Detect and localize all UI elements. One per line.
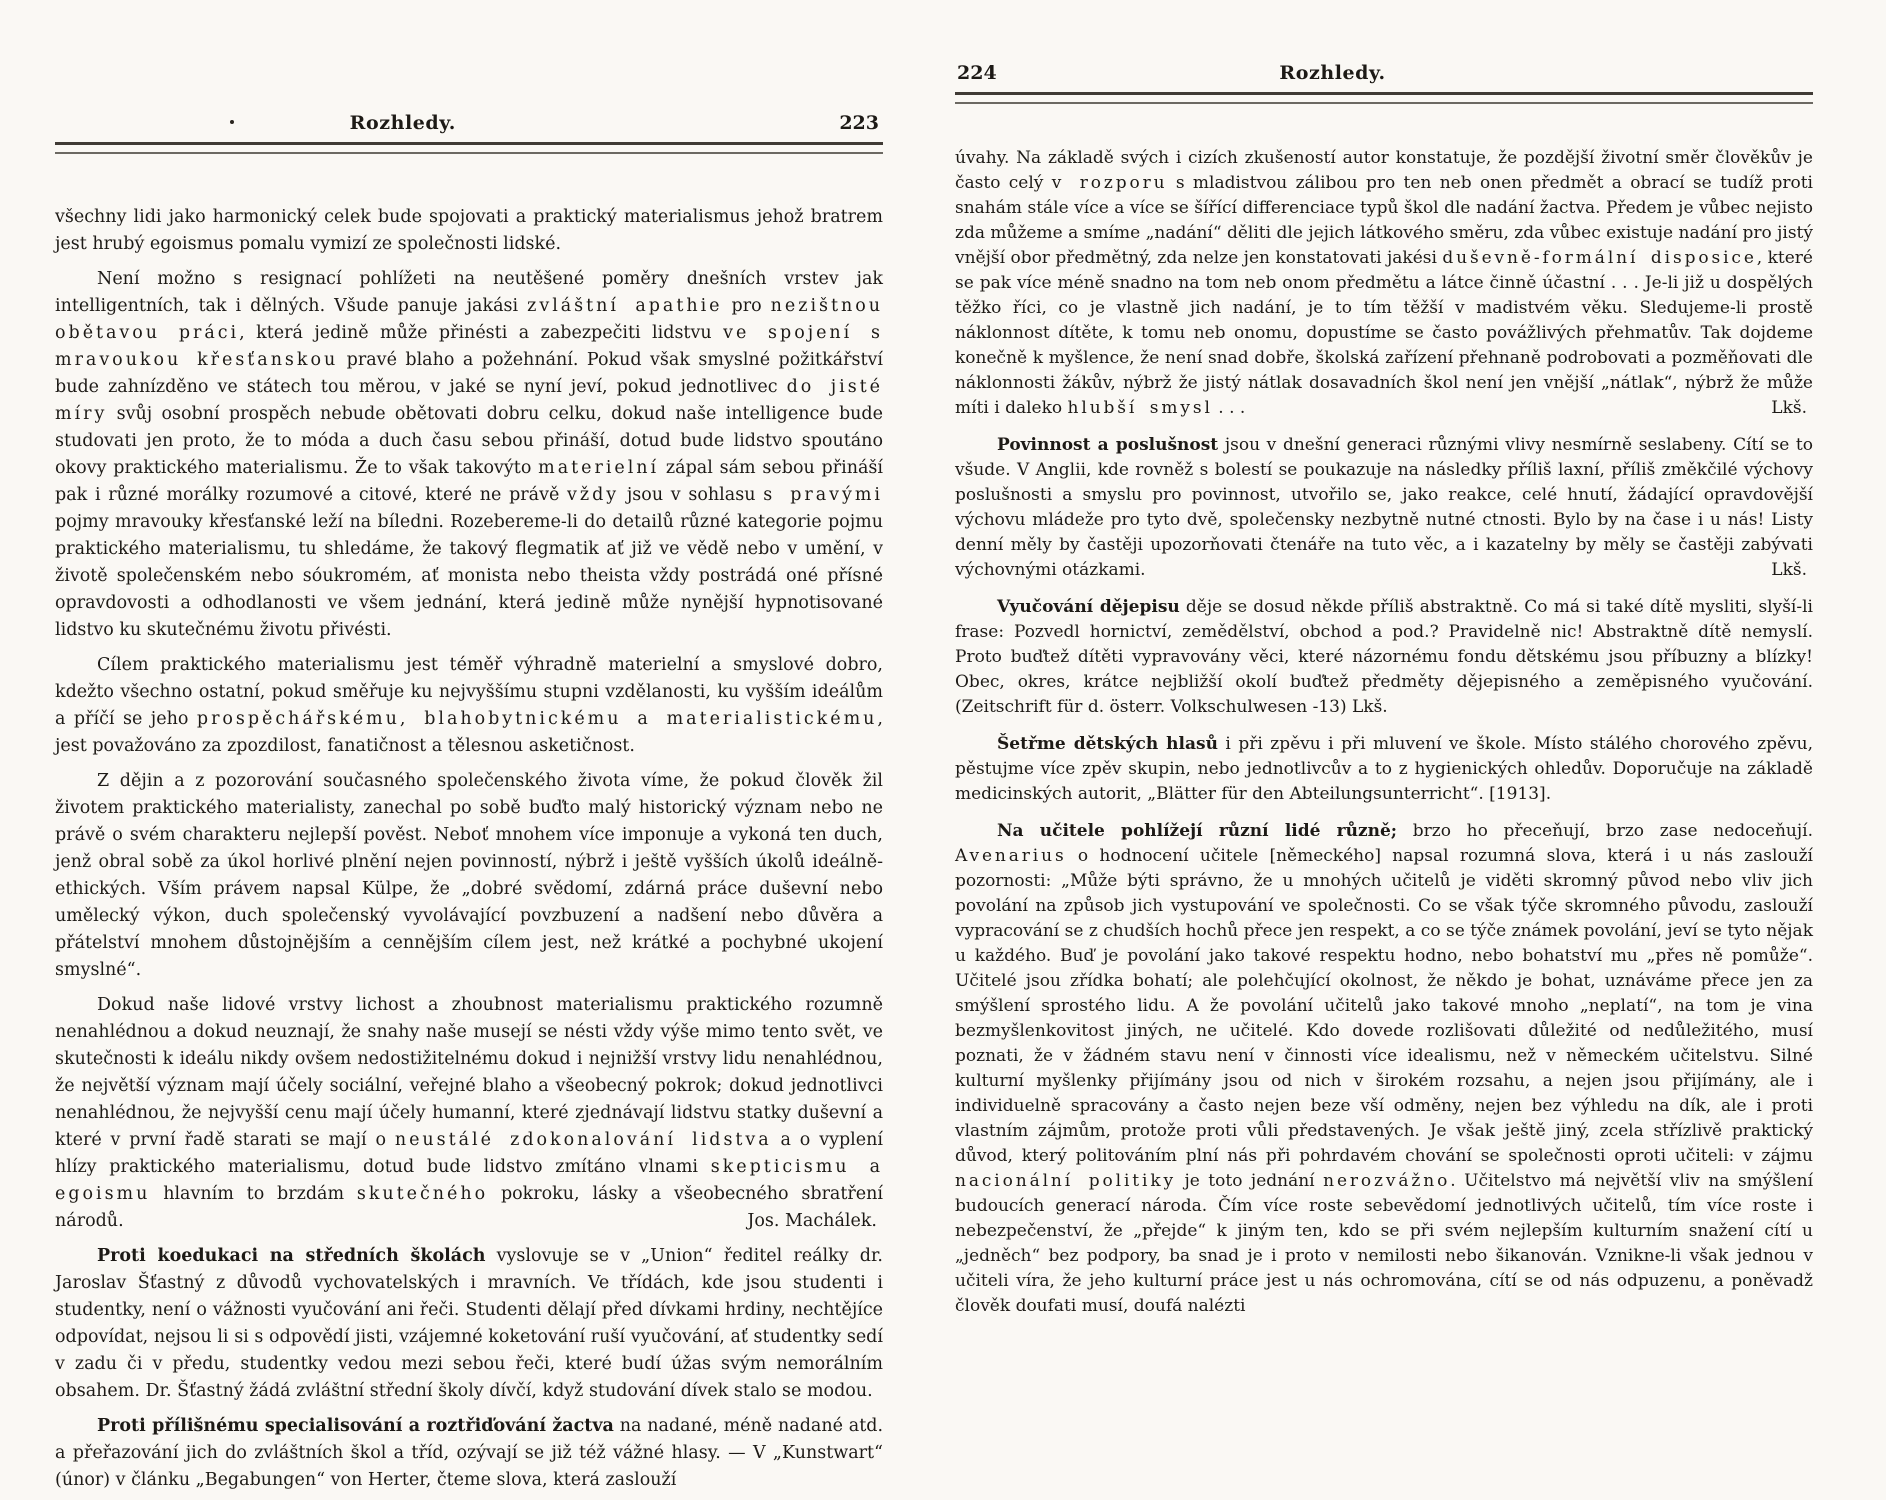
- journal-title: Rozhledy.: [350, 112, 456, 134]
- paragraph: Vyučování dějepisu děje se dosud někde p…: [955, 595, 1813, 720]
- bold-lead: Šetřme dětských hlasů: [997, 734, 1218, 754]
- header-rule: [55, 142, 883, 154]
- bold-lead: Proti přílišnému specialisování a roztři…: [97, 1416, 614, 1436]
- text-run: jsou v sohlasu: [619, 485, 763, 505]
- letterspaced-emphasis: prospěchářskému, blahobytnickému a mater…: [197, 709, 878, 729]
- text-column: úvahy. Na základě svých i cizích zkušeno…: [955, 146, 1813, 1319]
- letterspaced-emphasis: vždy: [567, 485, 619, 505]
- text-run: . . .: [1213, 398, 1245, 418]
- letterspaced-emphasis: zvláštní apathie: [527, 296, 722, 316]
- text-column: všechny lidi jako harmonický celek bude …: [55, 204, 883, 1494]
- ink-dot-artifact: [230, 120, 234, 124]
- letterspaced-emphasis: hlubší smysl: [1068, 398, 1213, 418]
- page-number: 223: [839, 112, 879, 134]
- paragraph: všechny lidi jako harmonický celek bude …: [55, 204, 883, 258]
- letterspaced-emphasis: skutečného: [357, 1184, 488, 1204]
- letterspaced-emphasis: nacionální politiky: [955, 1171, 1176, 1191]
- text-run: , které se pak více méně snadno na tom n…: [955, 248, 1813, 418]
- author-signature: Jos. Machálek.: [747, 1208, 877, 1235]
- text-run: . Učitelstvo má největší vliv na smýšlen…: [955, 1171, 1813, 1316]
- scanned-journal-spread: { "colors": { "paper": "#faf8f4", "ink":…: [0, 0, 1886, 1500]
- page-number: 224: [957, 62, 997, 84]
- text-run: Dokud naše lidové vrstvy lichost a zhoub…: [55, 995, 883, 1150]
- page-right: 224 Rozhledy. úvahy. Na základě svých i …: [955, 62, 1813, 1331]
- text-run: o hodnocení učitele [německého] napsal r…: [955, 846, 1813, 1166]
- text-run: všechny lidi jako harmonický celek bude …: [55, 207, 883, 254]
- paragraph: Není možno s resignací pohlížeti na neut…: [55, 266, 883, 644]
- paragraph: Na učitele pohlížejí různí lidé různě; b…: [955, 819, 1813, 1319]
- page-left: Rozhledy. 223 všechny lidi jako harmonic…: [55, 112, 883, 1500]
- text-run: pro: [723, 296, 771, 316]
- text-run: vyslovuje se v „Union“ ředitel reálky dr…: [55, 1246, 883, 1401]
- text-run: brzo ho přeceňují, brzo zase nedoceňují.: [1397, 821, 1813, 841]
- letterspaced-emphasis: s pravými: [763, 485, 883, 505]
- text-run: jsou v dnešní generaci různými vlivy nes…: [955, 435, 1813, 580]
- text-run: Z dějin a z pozorování současného společ…: [55, 771, 883, 980]
- author-signature: Lkš.: [1771, 396, 1807, 421]
- paragraph: Proti přílišnému specialisování a roztři…: [55, 1413, 883, 1494]
- letterspaced-emphasis: materielní: [538, 458, 659, 478]
- bold-lead: Proti koedukaci na středních školách: [97, 1246, 486, 1266]
- bold-lead: Na učitele pohlížejí různí lidé různě;: [997, 821, 1397, 841]
- letterspaced-emphasis: neustálé zdokonalování lidstva: [395, 1130, 772, 1150]
- bold-lead: Vyučování dějepisu: [997, 597, 1180, 617]
- text-run: hlavním to brzdám: [150, 1184, 357, 1204]
- header-rule: [955, 92, 1813, 104]
- paragraph: Cílem praktického materialismu jest témě…: [55, 652, 883, 760]
- paragraph: úvahy. Na základě svých i cizích zkušeno…: [955, 146, 1813, 421]
- page-header: Rozhledy. 223: [55, 112, 883, 142]
- author-signature: Lkš.: [1771, 558, 1807, 583]
- text-run: pojmy mravouky křesťanské leží na bíledn…: [55, 512, 883, 640]
- bold-lead: Povinnost a poslušnost: [997, 435, 1218, 455]
- letterspaced-emphasis: Avenarius: [955, 846, 1067, 866]
- letterspaced-emphasis: duševně-formální disposice: [1442, 248, 1756, 268]
- paragraph: Povinnost a poslušnost jsou v dnešní gen…: [955, 433, 1813, 583]
- page-header: 224 Rozhledy.: [955, 62, 1813, 92]
- text-run: , která jedině může přinésti a zabezpeči…: [239, 323, 723, 343]
- text-run: je toto jednání: [1176, 1171, 1323, 1191]
- paragraph: Z dějin a z pozorování současného společ…: [55, 768, 883, 984]
- paragraph: Dokud naše lidové vrstvy lichost a zhoub…: [55, 992, 883, 1235]
- letterspaced-emphasis: v rozporu: [1052, 173, 1168, 193]
- journal-title: Rozhledy.: [1279, 62, 1385, 84]
- letterspaced-emphasis: nerozvážno: [1323, 1171, 1450, 1191]
- paragraph: Šetřme dětských hlasů i při zpěvu i při …: [955, 732, 1813, 807]
- paragraph: Proti koedukaci na středních školách vys…: [55, 1243, 883, 1405]
